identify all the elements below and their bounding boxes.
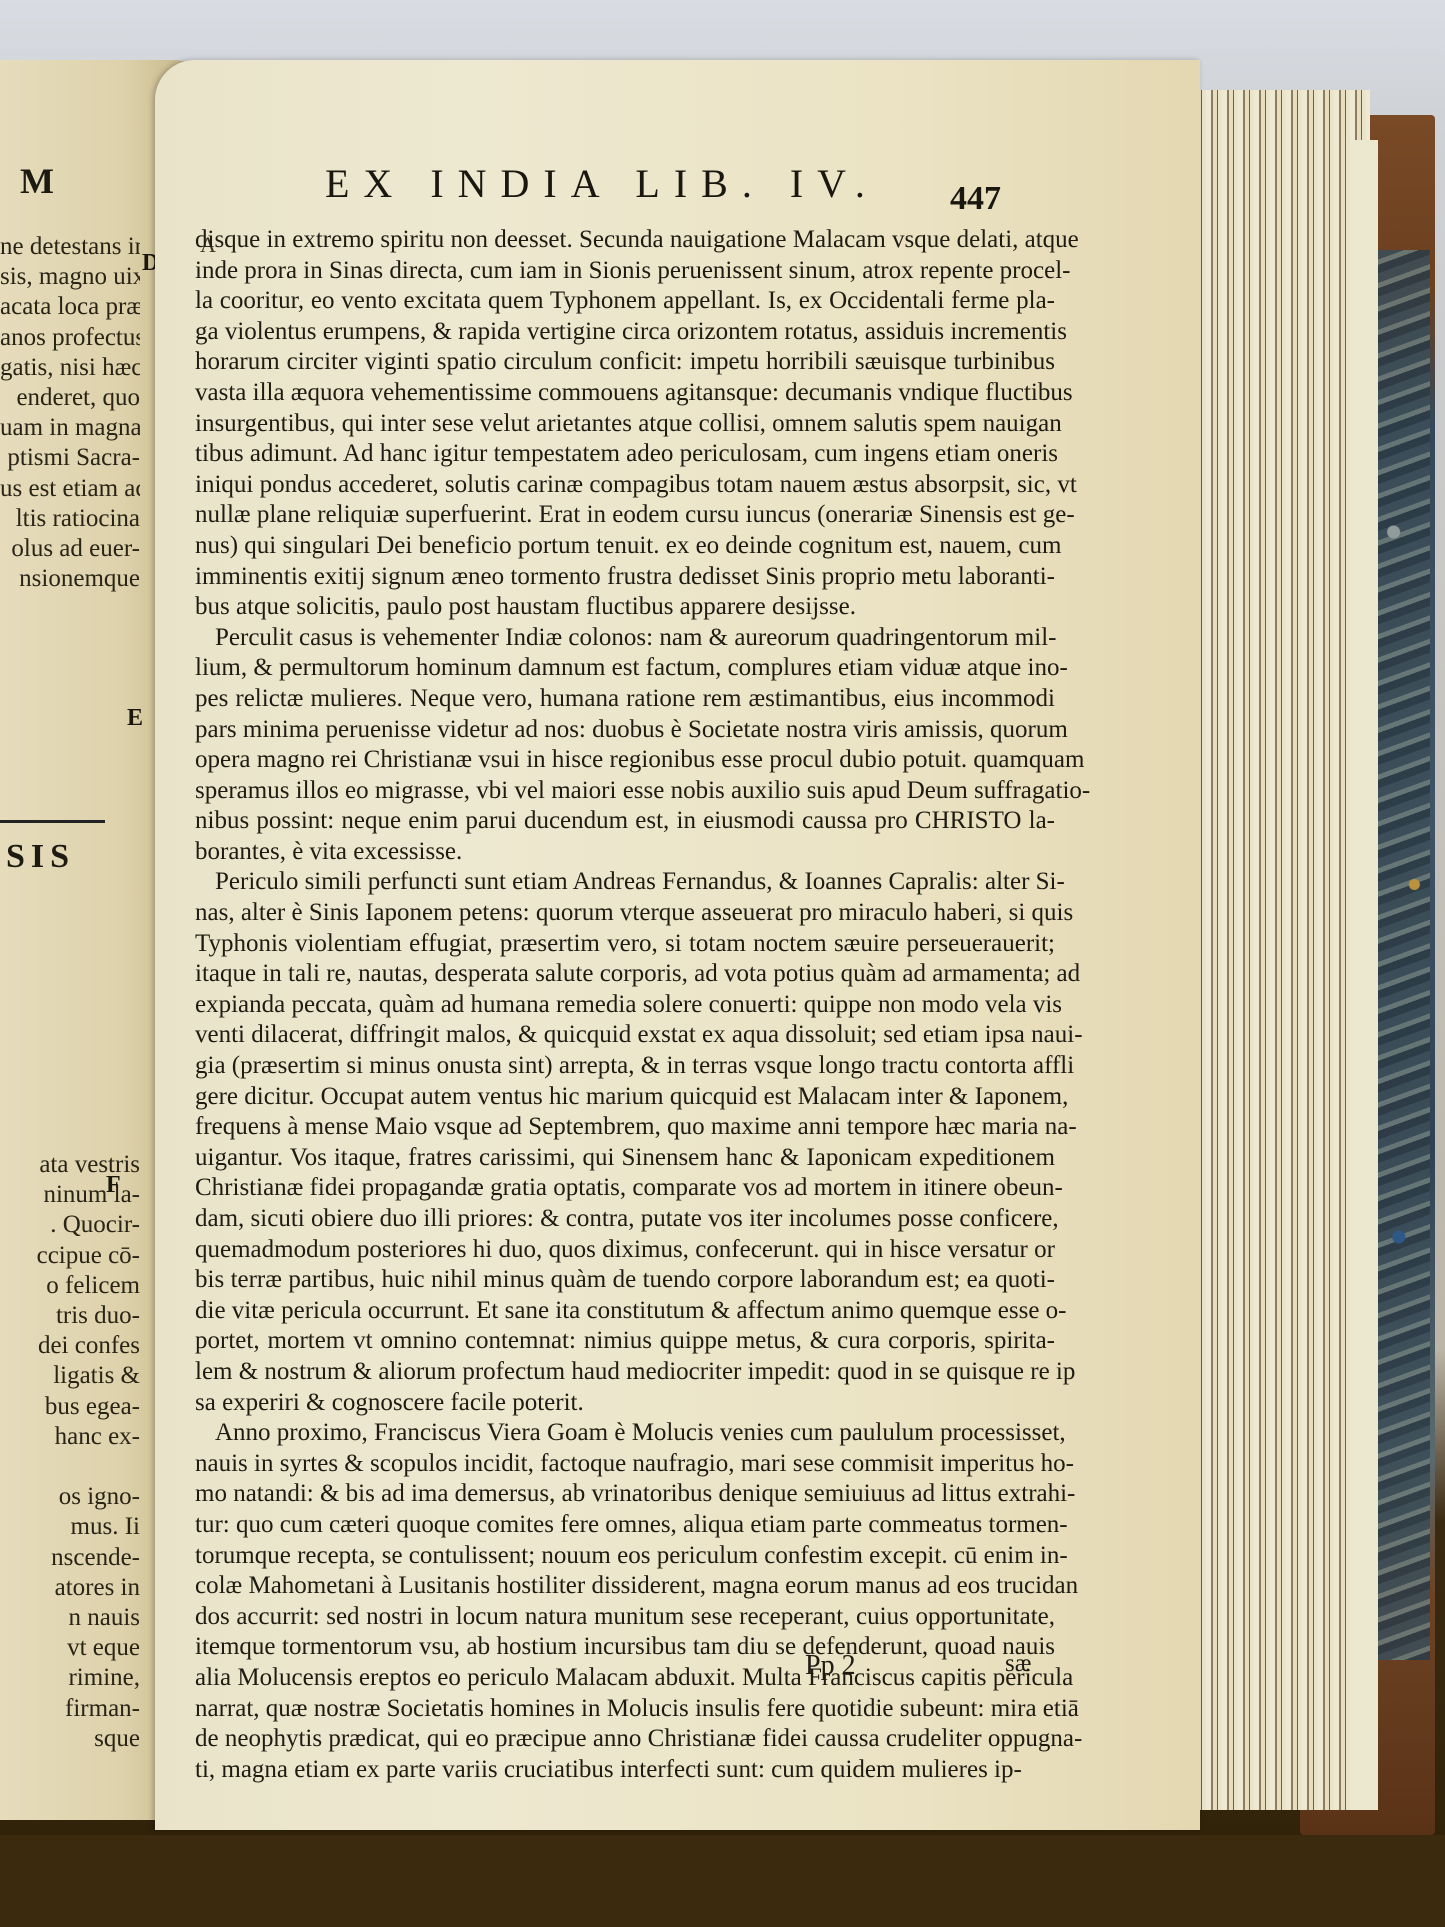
text-line: colæ Mahometani à Lusitanis hostiliter d… (195, 1571, 1055, 1602)
text-line: enderet, quo (0, 383, 140, 413)
text-line: inde prora in Sinas directa, cum iam in … (195, 256, 1055, 287)
text-line: hanc ex- (0, 1422, 140, 1452)
text-line: tibus adimunt. Ad hanc igitur tempestate… (195, 439, 1055, 470)
marbled-board (1378, 250, 1430, 1660)
text-line: pars minima peruenisse videtur ad nos: d… (195, 715, 1055, 746)
text-line: nullæ plane reliquiæ superfuerint. Erat … (195, 500, 1055, 531)
text-line: nus) qui singulari Dei beneficio portum … (195, 531, 1055, 562)
left-page-text-bottom: ata vestrisninum la-. Quocir-ccipue cō-o… (0, 1150, 140, 1754)
text-line: portet, mortem vt omnino contemnat: nimi… (195, 1326, 1055, 1357)
text-line: nauis in syrtes & scopulos incidit, fact… (195, 1449, 1055, 1480)
text-line: tris duo- (0, 1301, 140, 1331)
text-line: venti dilacerat, diffringit malos, & qui… (195, 1020, 1055, 1051)
text-line: Christianæ fidei propagandæ gratia optat… (195, 1173, 1055, 1204)
text-line: dei confes (0, 1331, 140, 1361)
text-line: Periculo simili perfuncti sunt etiam And… (195, 867, 1055, 898)
text-line: vt eque (0, 1633, 140, 1663)
text-line: Typhonis violentiam effugiat, præsertim … (195, 929, 1055, 960)
text-line: gere dicitur. Occupat autem ventus hic m… (195, 1082, 1055, 1113)
text-line: Anno proximo, Franciscus Viera Goam è Mo… (195, 1418, 1055, 1449)
text-line: horarum circiter viginti spatio circulum… (195, 347, 1055, 378)
running-head: EX INDIA LIB. IV. (325, 160, 879, 207)
left-running-head-fragment: M (20, 160, 60, 202)
text-line: acata loca præ- (0, 292, 140, 322)
text-line: gia (præsertim si minus onusta sint) arr… (195, 1051, 1055, 1082)
text-line: pes relictæ mulieres. Neque vero, humana… (195, 684, 1055, 715)
text-line: ga violentus erumpens, & rapida vertigin… (195, 317, 1055, 348)
text-line: die vitæ pericula occurrunt. Et sane ita… (195, 1296, 1055, 1327)
text-line: disque in extremo spiritu non deesset. S… (195, 225, 1055, 256)
margin-letter-e: E (127, 705, 143, 732)
text-line: frequens à mense Maio vsque ad Septembre… (195, 1112, 1055, 1143)
text-line: sque (0, 1724, 140, 1754)
text-line: ccipue cō- (0, 1241, 140, 1271)
flyleaf (1350, 140, 1378, 1810)
text-line: dos accurrit: sed nostri in locum natura… (195, 1602, 1055, 1633)
text-line: tur: quo cum cæteri quoque comites fere … (195, 1510, 1055, 1541)
text-line: itaque in tali re, nautas, desperata sal… (195, 959, 1055, 990)
text-line: sa experiri & cognoscere facile poterit. (195, 1388, 1055, 1419)
text-line: firman- (0, 1694, 140, 1724)
text-line: vasta illa æquora vehementissime commoue… (195, 378, 1055, 409)
text-line: de neophytis prædicat, qui eo præcipue a… (195, 1724, 1055, 1755)
text-line: bus atque solicitis, paulo post haustam … (195, 592, 1055, 623)
text-line: opera magno rei Christianæ vsui in hisce… (195, 745, 1055, 776)
text-line: quemadmodum posteriores hi duo, quos dix… (195, 1235, 1055, 1266)
text-line: dam, sicuti obiere duo illi priores: & c… (195, 1204, 1055, 1235)
text-line: ptismi Sacra- (0, 443, 140, 473)
left-page-text-top: ne detestans in-sis, magno uixacata loca… (0, 232, 140, 594)
text-line: torumque recepta, se contulissent; nouum… (195, 1541, 1055, 1572)
text-line: us est etiam ac (0, 474, 140, 504)
text-line: anos profectus (0, 323, 140, 353)
text-line: os igno- (0, 1482, 140, 1512)
text-line: ligatis & (0, 1361, 140, 1391)
text-line: ne detestans in- (0, 232, 140, 262)
text-line: lem & nostrum & aliorum profectum haud m… (195, 1357, 1055, 1388)
text-line: expianda peccata, quàm ad humana remedia… (195, 990, 1055, 1021)
text-line: imminentis exitij signum æneo tormento f… (195, 562, 1055, 593)
text-line: speramus illos eo migrasse, vbi vel maio… (195, 776, 1055, 807)
text-line: . Quocir- (0, 1210, 140, 1240)
text-line: iniqui pondus accederet, solutis carinæ … (195, 470, 1055, 501)
signature-mark: Pp 2 (805, 1650, 856, 1682)
text-line: la cooritur, eo vento excitata quem Typh… (195, 286, 1055, 317)
text-line: atores in (0, 1573, 140, 1603)
page-edges-stack (1190, 90, 1370, 1810)
text-line: mus. Ii (0, 1512, 140, 1542)
text-line: ltis ratiocina (0, 504, 140, 534)
text-line: olus ad euer- (0, 534, 140, 564)
text-line: insurgentibus, qui inter sese velut arie… (195, 409, 1055, 440)
text-line: n nauis (0, 1603, 140, 1633)
left-section-heading-fragment: SIS (6, 838, 75, 876)
text-line: gatis, nisi hæc (0, 353, 140, 383)
section-rule (0, 820, 105, 823)
text-line: Perculit casus is vehementer Indiæ colon… (195, 623, 1055, 654)
text-line: itemque tormentorum vsu, ab hostium incu… (195, 1632, 1055, 1663)
margin-letter-f: F (106, 1172, 121, 1199)
text-line: nsionemque (0, 564, 140, 594)
text-line: ti, magna etiam ex parte variis cruciati… (195, 1755, 1055, 1786)
text-line: nibus possint: neque enim parui ducendum… (195, 806, 1055, 837)
text-line: bus egea- (0, 1392, 140, 1422)
text-line: o felicem (0, 1271, 140, 1301)
text-line: narrat, quæ nostræ Societatis homines in… (195, 1694, 1055, 1725)
text-line: uam in magna (0, 413, 140, 443)
catchword: sæ (1005, 1650, 1031, 1678)
table-surface (0, 1835, 1445, 1927)
text-line: nas, alter è Sinis Iaponem petens: quoru… (195, 898, 1055, 929)
text-line: borantes, è vita excessisse. (195, 837, 1055, 868)
text-line: rimine, (0, 1663, 140, 1693)
text-line: nscende- (0, 1543, 140, 1573)
text-line: alia Molucensis ereptos eo periculo Mala… (195, 1663, 1055, 1694)
text-line (0, 1452, 140, 1482)
text-line: sis, magno uix (0, 262, 140, 292)
text-line: mo natandi: & bis ad ima demersus, ab vr… (195, 1479, 1055, 1510)
page-number: 447 (950, 180, 1001, 218)
text-line: uigantur. Vos itaque, fratres carissimi,… (195, 1143, 1055, 1174)
text-line: lium, & permultorum hominum damnum est f… (195, 653, 1055, 684)
text-line: bis terræ partibus, huic nihil minus quà… (195, 1265, 1055, 1296)
page-body-text: disque in extremo spiritu non deesset. S… (195, 225, 1055, 1785)
